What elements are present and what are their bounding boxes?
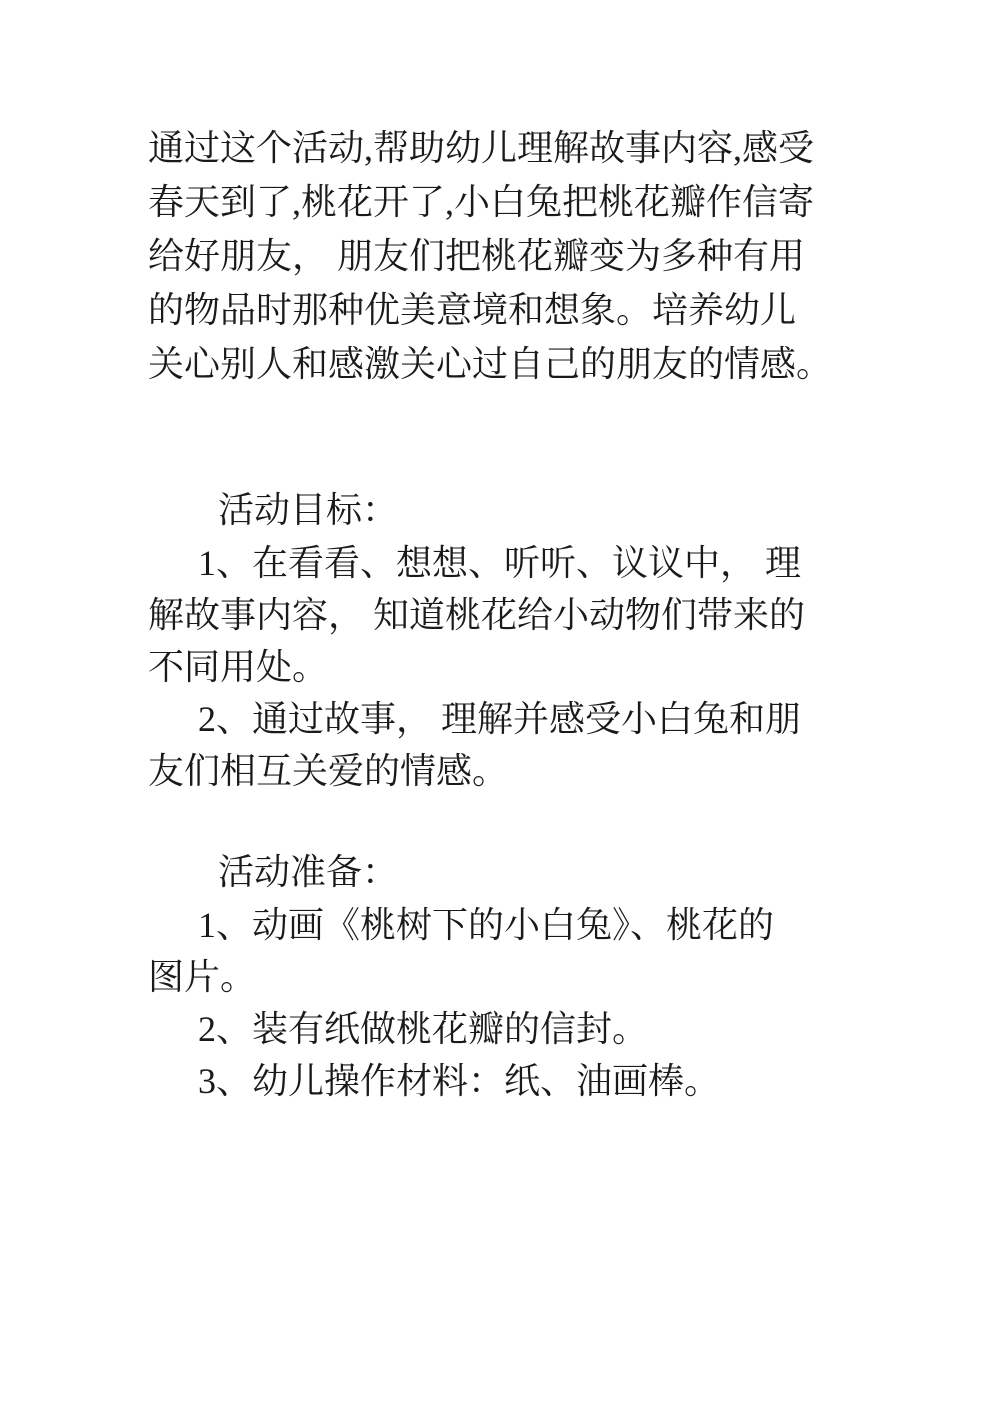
goals-item-1-line-3: 不同用处。 bbox=[148, 641, 833, 693]
goals-item-2-line-1: 2、通过故事， 理解并感受小白兔和朋 bbox=[148, 693, 833, 745]
intro-line-4: 的物品时那种优美意境和想象。培养幼儿 bbox=[148, 283, 833, 337]
preparation-heading: 活动准备： bbox=[148, 845, 833, 899]
intro-paragraph: 通过这个活动,帮助幼儿理解故事内容,感受 春天到了,桃花开了,小白兔把桃花瓣作信… bbox=[148, 121, 833, 391]
preparation-item-2-line-1: 2、装有纸做桃花瓣的信封。 bbox=[148, 1003, 833, 1055]
goals-list: 1、在看看、想想、听听、议议中， 理 解故事内容， 知道桃花给小动物们带来的 不… bbox=[148, 537, 833, 797]
intro-line-2: 春天到了,桃花开了,小白兔把桃花瓣作信寄 bbox=[148, 175, 833, 229]
intro-line-1: 通过这个活动,帮助幼儿理解故事内容,感受 bbox=[148, 121, 833, 175]
goals-item-1-line-2: 解故事内容， 知道桃花给小动物们带来的 bbox=[148, 589, 833, 641]
goals-item-2-line-2: 友们相互关爱的情感。 bbox=[148, 745, 833, 797]
preparation-item-3: 3、幼儿操作材料：纸、油画棒。 bbox=[148, 1055, 833, 1107]
preparation-item-2: 2、装有纸做桃花瓣的信封。 bbox=[148, 1003, 833, 1055]
intro-line-5: 关心别人和感激关心过自己的朋友的情感。 bbox=[148, 337, 833, 391]
preparation-item-1: 1、动画《桃树下的小白兔》、桃花的 图片。 bbox=[148, 899, 833, 1003]
goals-item-2: 2、通过故事， 理解并感受小白兔和朋 友们相互关爱的情感。 bbox=[148, 693, 833, 797]
preparation-item-1-line-2: 图片。 bbox=[148, 951, 833, 1003]
preparation-list: 1、动画《桃树下的小白兔》、桃花的 图片。 2、装有纸做桃花瓣的信封。 3、幼儿… bbox=[148, 899, 833, 1107]
preparation-item-1-line-1: 1、动画《桃树下的小白兔》、桃花的 bbox=[148, 899, 833, 951]
goals-heading: 活动目标： bbox=[148, 483, 833, 537]
goals-item-1: 1、在看看、想想、听听、议议中， 理 解故事内容， 知道桃花给小动物们带来的 不… bbox=[148, 537, 833, 693]
intro-line-3: 给好朋友， 朋友们把桃花瓣变为多种有用 bbox=[148, 229, 833, 283]
preparation-item-3-line-1: 3、幼儿操作材料：纸、油画棒。 bbox=[148, 1055, 833, 1107]
goals-item-1-line-1: 1、在看看、想想、听听、议议中， 理 bbox=[148, 537, 833, 589]
document-page: 通过这个活动,帮助幼儿理解故事内容,感受 春天到了,桃花开了,小白兔把桃花瓣作信… bbox=[0, 0, 993, 1404]
